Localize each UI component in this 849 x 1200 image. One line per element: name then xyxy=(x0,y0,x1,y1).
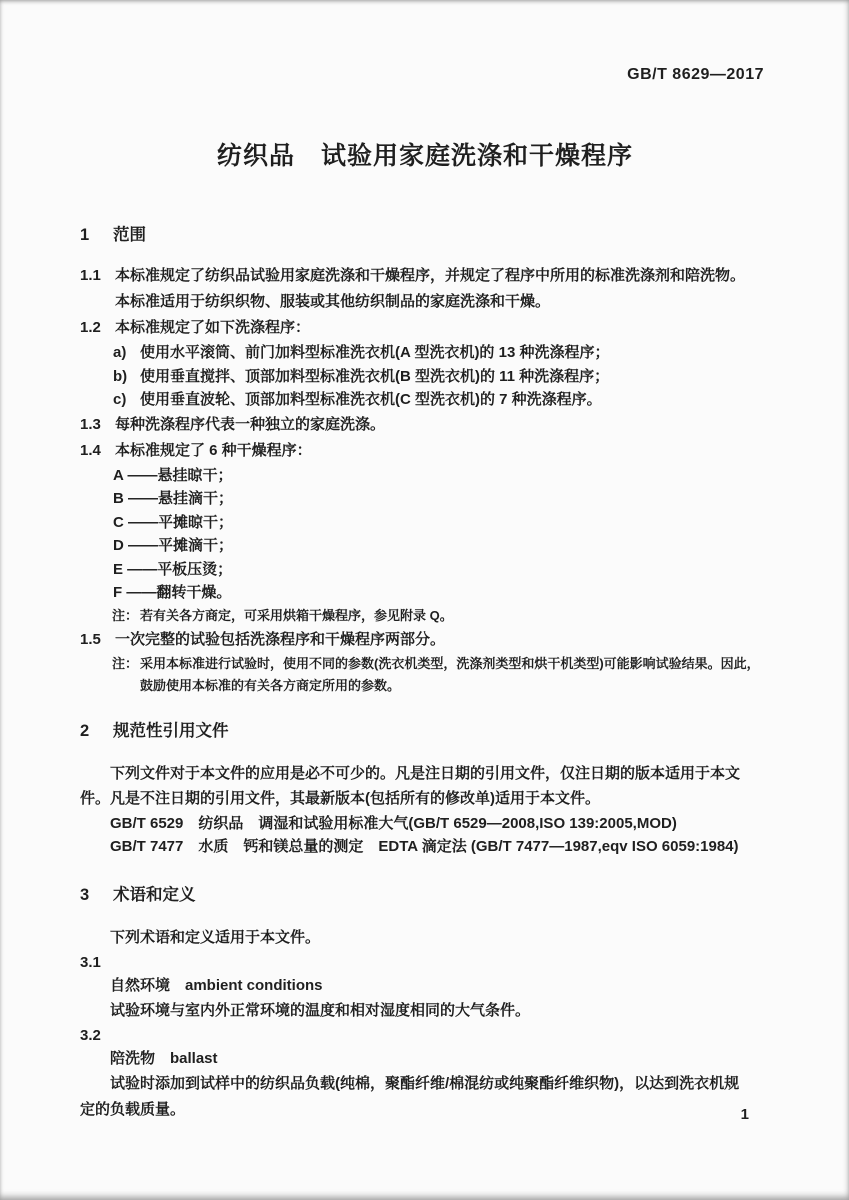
list-item-text: 使用垂直搅拌、顶部加料型标准洗衣机(B 型洗衣机)的 11 种洗涤程序； xyxy=(140,365,609,389)
reference-gbt-6529: GB/T 6529 纺织品 调湿和试验用标准大气(GB/T 6529—2008,… xyxy=(80,812,770,836)
term-3-2-definition-line-2: 定的负载质量。 xyxy=(80,1097,770,1123)
list-item-marker: b) xyxy=(113,365,140,389)
clause-text: 本标准规定了纺织品试验用家庭洗涤和干燥程序，并规定了程序中所用的标准洗涤剂和陪洗… xyxy=(115,263,770,315)
page-number: 1 xyxy=(741,1106,749,1123)
note-line-2: 鼓励使用本标准的有关各方商定所用的参数。 xyxy=(140,675,770,697)
drying-item-E: E ——平板压烫； xyxy=(113,558,770,582)
term-3-1-number: 3.1 xyxy=(80,951,770,975)
note-label: 注： xyxy=(112,605,140,627)
doc-title: 纺织品 试验用家庭洗涤和干燥程序 xyxy=(80,139,770,173)
section-3-number: 3 xyxy=(80,881,113,909)
document-page: GB/T 8629—2017 纺织品 试验用家庭洗涤和干燥程序 1 范围 1.1… xyxy=(0,0,849,1200)
list-item-text: 使用垂直波轮、顶部加料型标准洗衣机(C 型洗衣机)的 7 种洗涤程序。 xyxy=(140,388,602,412)
clause-1-5: 1.5 一次完整的试验包括洗涤程序和干燥程序两部分。 xyxy=(80,627,770,653)
drying-item-C: C ——平摊晾干； xyxy=(113,511,770,535)
list-item-b: b) 使用垂直搅拌、顶部加料型标准洗衣机(B 型洗衣机)的 11 种洗涤程序； xyxy=(113,365,770,389)
section-3-heading: 3 术语和定义 xyxy=(80,881,770,909)
note-1-5: 注： 采用本标准进行试验时，使用不同的参数(洗衣机类型，洗涤剂类型和烘干机类型)… xyxy=(112,653,770,697)
clause-1-4: 1.4 本标准规定了 6 种干燥程序： xyxy=(80,438,770,464)
clause-number: 1.1 xyxy=(80,263,115,315)
section-1-number: 1 xyxy=(80,221,113,249)
clause-text: 每种洗涤程序代表一种独立的家庭洗涤。 xyxy=(115,412,770,438)
term-3-2-definition-line-1: 试验时添加到试样中的纺织品负载(纯棉，聚酯纤维/棉混纺或纯聚酯纤维织物)，以达到… xyxy=(80,1071,770,1097)
term-3-1-definition: 试验环境与室内外正常环境的温度和相对湿度相同的大气条件。 xyxy=(80,998,770,1024)
section-1-title: 范围 xyxy=(113,221,146,249)
list-item-a: a) 使用水平滚筒、前门加料型标准洗衣机(A 型洗衣机)的 13 种洗涤程序； xyxy=(113,341,770,365)
paragraph-line-2: 件。凡是不注日期的引用文件，其最新版本(包括所有的修改单)适用于本文件。 xyxy=(80,786,770,812)
clause-number: 1.3 xyxy=(80,412,115,438)
drying-item-F: F ——翻转干燥。 xyxy=(113,581,770,605)
clause-text: 本标准规定了 6 种干燥程序： xyxy=(115,438,770,464)
reference-gbt-7477: GB/T 7477 水质 钙和镁总量的测定 EDTA 滴定法 (GB/T 747… xyxy=(80,835,770,859)
section-1-heading: 1 范围 xyxy=(80,221,770,249)
term-3-2-name: 陪洗物 ballast xyxy=(80,1047,770,1071)
clause-1-1-line-1: 本标准规定了纺织品试验用家庭洗涤和干燥程序，并规定了程序中所用的标准洗涤剂和陪洗… xyxy=(115,263,770,289)
drying-program-list: A ——悬挂晾干； B ——悬挂滴干； C ——平摊晾干； D ——平摊滴干； … xyxy=(113,464,770,605)
clause-1-3: 1.3 每种洗涤程序代表一种独立的家庭洗涤。 xyxy=(80,412,770,438)
list-item-c: c) 使用垂直波轮、顶部加料型标准洗衣机(C 型洗衣机)的 7 种洗涤程序。 xyxy=(113,388,770,412)
section-2-heading: 2 规范性引用文件 xyxy=(80,717,770,745)
clause-number: 1.5 xyxy=(80,627,115,653)
clause-1-1: 1.1 本标准规定了纺织品试验用家庭洗涤和干燥程序，并规定了程序中所用的标准洗涤… xyxy=(80,263,770,315)
drying-item-D: D ——平摊滴干； xyxy=(113,534,770,558)
drying-item-B: B ——悬挂滴干； xyxy=(113,487,770,511)
note-text: 采用本标准进行试验时，使用不同的参数(洗衣机类型，洗涤剂类型和烘干机类型)可能影… xyxy=(140,653,770,697)
section-3-title: 术语和定义 xyxy=(113,881,196,909)
section-3-intro: 下列术语和定义适用于本文件。 xyxy=(80,925,770,951)
wash-program-list: a) 使用水平滚筒、前门加料型标准洗衣机(A 型洗衣机)的 13 种洗涤程序； … xyxy=(113,341,770,412)
clause-text: 本标准规定了如下洗涤程序： xyxy=(115,315,770,341)
section-2-paragraph: 下列文件对于本文件的应用是必不可少的。凡是注日期的引用文件，仅注日期的版本适用于… xyxy=(80,761,770,812)
note-text: 若有关各方商定，可采用烘箱干燥程序，参见附录 Q。 xyxy=(140,605,770,627)
clause-number: 1.2 xyxy=(80,315,115,341)
note-line-1: 采用本标准进行试验时，使用不同的参数(洗衣机类型，洗涤剂类型和烘干机类型)可能影… xyxy=(140,653,770,675)
doc-code: GB/T 8629—2017 xyxy=(627,66,764,84)
term-3-1-name: 自然环境 ambient conditions xyxy=(80,974,770,998)
page-content: 纺织品 试验用家庭洗涤和干燥程序 1 范围 1.1 本标准规定了纺织品试验用家庭… xyxy=(0,139,849,1123)
paragraph-line-1: 下列文件对于本文件的应用是必不可少的。凡是注日期的引用文件，仅注日期的版本适用于… xyxy=(80,761,770,787)
drying-item-A: A ——悬挂晾干； xyxy=(113,464,770,488)
note-1-4: 注： 若有关各方商定，可采用烘箱干燥程序，参见附录 Q。 xyxy=(112,605,770,627)
clause-text: 一次完整的试验包括洗涤程序和干燥程序两部分。 xyxy=(115,627,770,653)
list-item-marker: a) xyxy=(113,341,140,365)
note-label: 注： xyxy=(112,653,140,697)
section-2-title: 规范性引用文件 xyxy=(113,717,229,745)
section-2-number: 2 xyxy=(80,717,113,745)
term-3-2-number: 3.2 xyxy=(80,1024,770,1048)
clause-1-2: 1.2 本标准规定了如下洗涤程序： xyxy=(80,315,770,341)
clause-1-1-line-2: 本标准适用于纺织织物、服装或其他纺织制品的家庭洗涤和干燥。 xyxy=(115,289,770,315)
list-item-marker: c) xyxy=(113,388,140,412)
list-item-text: 使用水平滚筒、前门加料型标准洗衣机(A 型洗衣机)的 13 种洗涤程序； xyxy=(140,341,609,365)
clause-number: 1.4 xyxy=(80,438,115,464)
